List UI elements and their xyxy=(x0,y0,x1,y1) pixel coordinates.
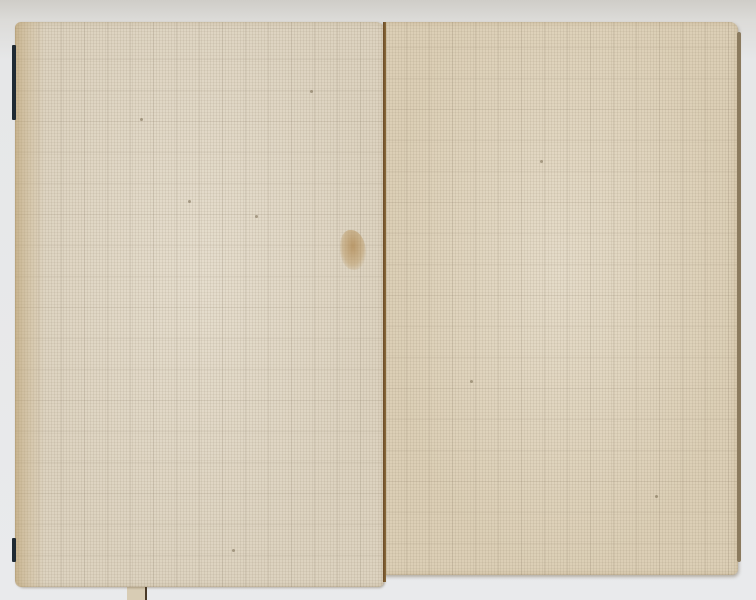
spine-mark-top xyxy=(12,45,16,120)
linen-speck xyxy=(540,160,543,163)
linen-speck xyxy=(188,200,191,203)
spine-wear xyxy=(15,22,45,587)
right-book-board xyxy=(383,22,738,575)
linen-speck xyxy=(655,495,658,498)
left-book-board xyxy=(15,22,384,587)
linen-speck xyxy=(470,380,473,383)
linen-speck xyxy=(255,215,258,218)
right-board-page-edge xyxy=(737,32,741,562)
spine-mark-bottom xyxy=(12,538,16,562)
photo-scene xyxy=(0,0,756,600)
linen-speck xyxy=(140,118,143,121)
linen-speck xyxy=(310,90,313,93)
book-gutter xyxy=(383,22,386,582)
linen-speck xyxy=(232,549,235,552)
